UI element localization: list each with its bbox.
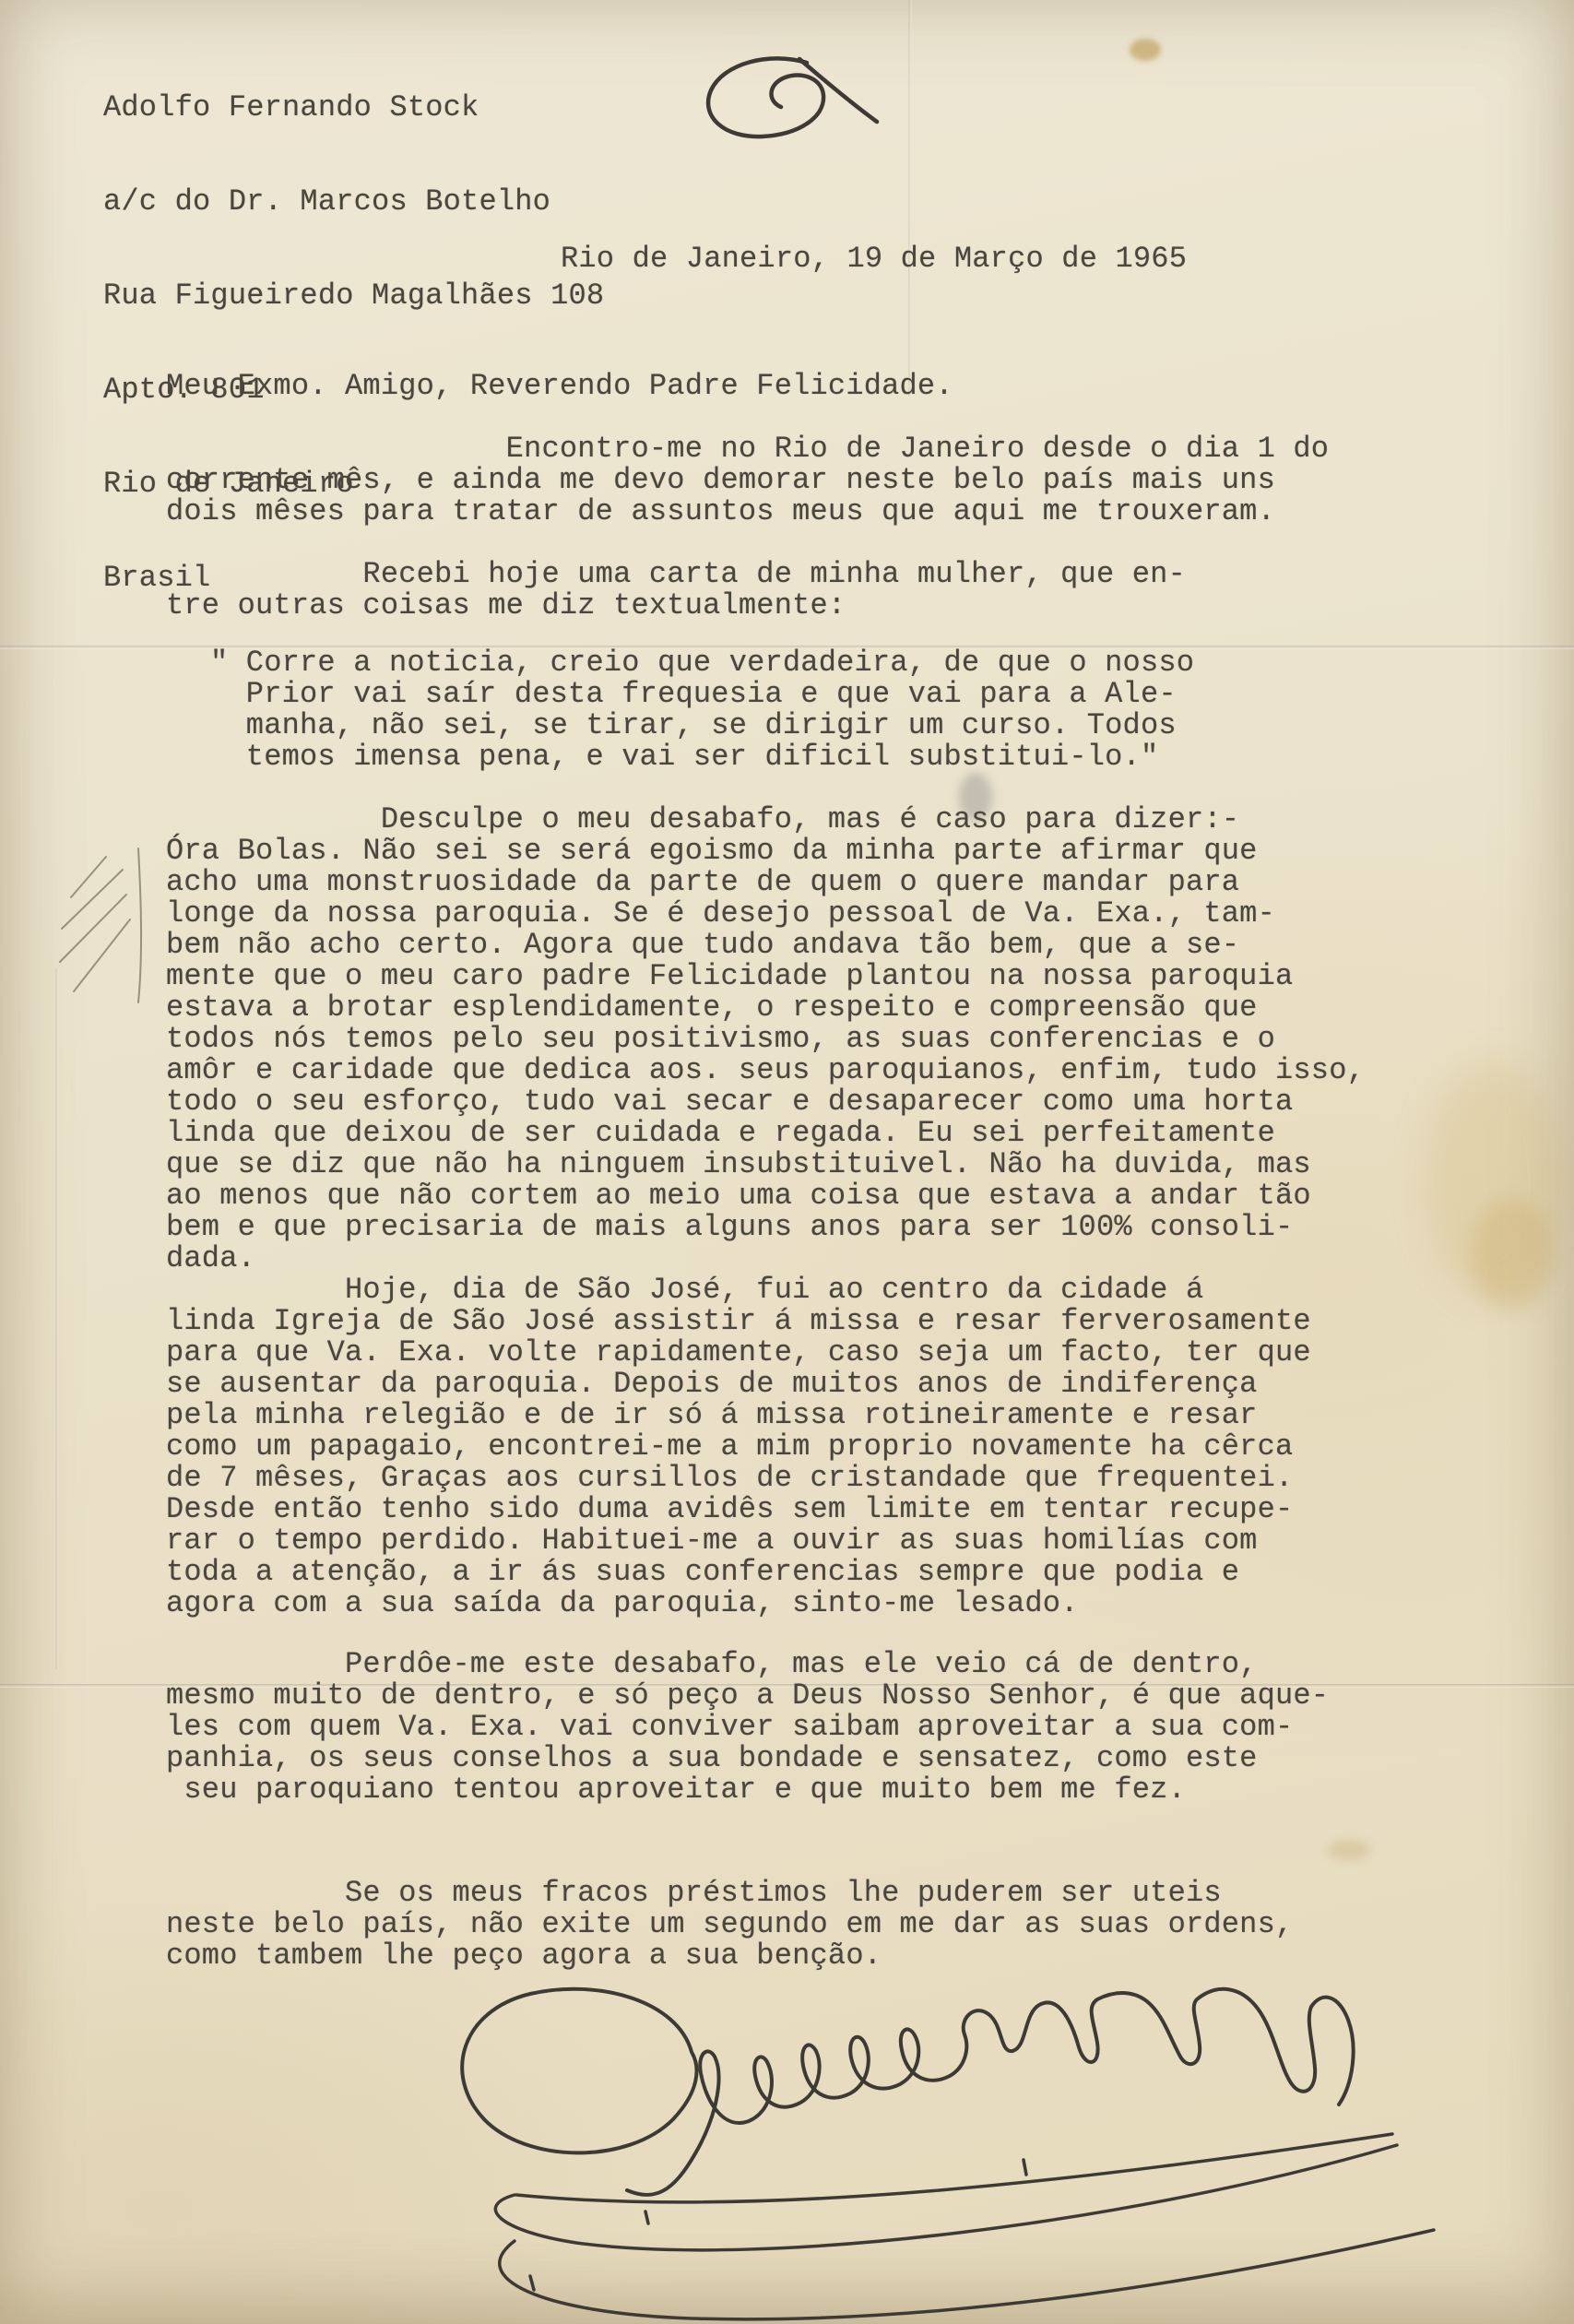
letter-page: Adolfo Fernando Stock a/c do Dr. Marcos … bbox=[0, 0, 1574, 2324]
sender-line: a/c do Dr. Marcos Botelho bbox=[103, 186, 604, 218]
date-line: Rio de Janeiro, 19 de Março de 1965 bbox=[561, 243, 1187, 275]
paragraph-desabafo: Desculpe o meu desabafo, mas é caso para… bbox=[166, 804, 1365, 1275]
paragraph-closing: Se os meus fracos préstimos lhe puderem … bbox=[166, 1878, 1293, 1972]
paragraph-perdoe-me: Perdôe-me este desabafo, mas ele veio cá… bbox=[166, 1649, 1329, 1806]
pencil-margin-mark-icon bbox=[51, 844, 171, 1014]
paper-stain bbox=[1471, 1199, 1554, 1310]
quoted-excerpt: " Corre a noticia, creio que verdadeira,… bbox=[210, 647, 1194, 773]
signature-flourish-icon bbox=[304, 1964, 1457, 2324]
paragraph-arrival: Encontro-me no Rio de Janeiro desde o di… bbox=[166, 433, 1329, 528]
handwritten-r-mark-icon bbox=[696, 53, 881, 155]
salutation: Meu Exmo. Amigo, Reverendo Padre Felicid… bbox=[166, 371, 953, 402]
paper-stain bbox=[1328, 1840, 1370, 1860]
sender-line: Adolfo Fernando Stock bbox=[103, 92, 604, 124]
sender-line: Rua Figueiredo Magalhães 108 bbox=[103, 280, 604, 312]
paragraph-sao-jose: Hoje, dia de São José, fui ao centro da … bbox=[166, 1275, 1311, 1619]
vertical-fold-crease bbox=[908, 0, 912, 397]
vertical-fold-crease bbox=[55, 968, 59, 1669]
paper-stain bbox=[1425, 1061, 1563, 1300]
paper-stain bbox=[1130, 39, 1161, 61]
paragraph-wife-letter: Recebi hoje uma carta de minha mulher, q… bbox=[166, 559, 1186, 622]
